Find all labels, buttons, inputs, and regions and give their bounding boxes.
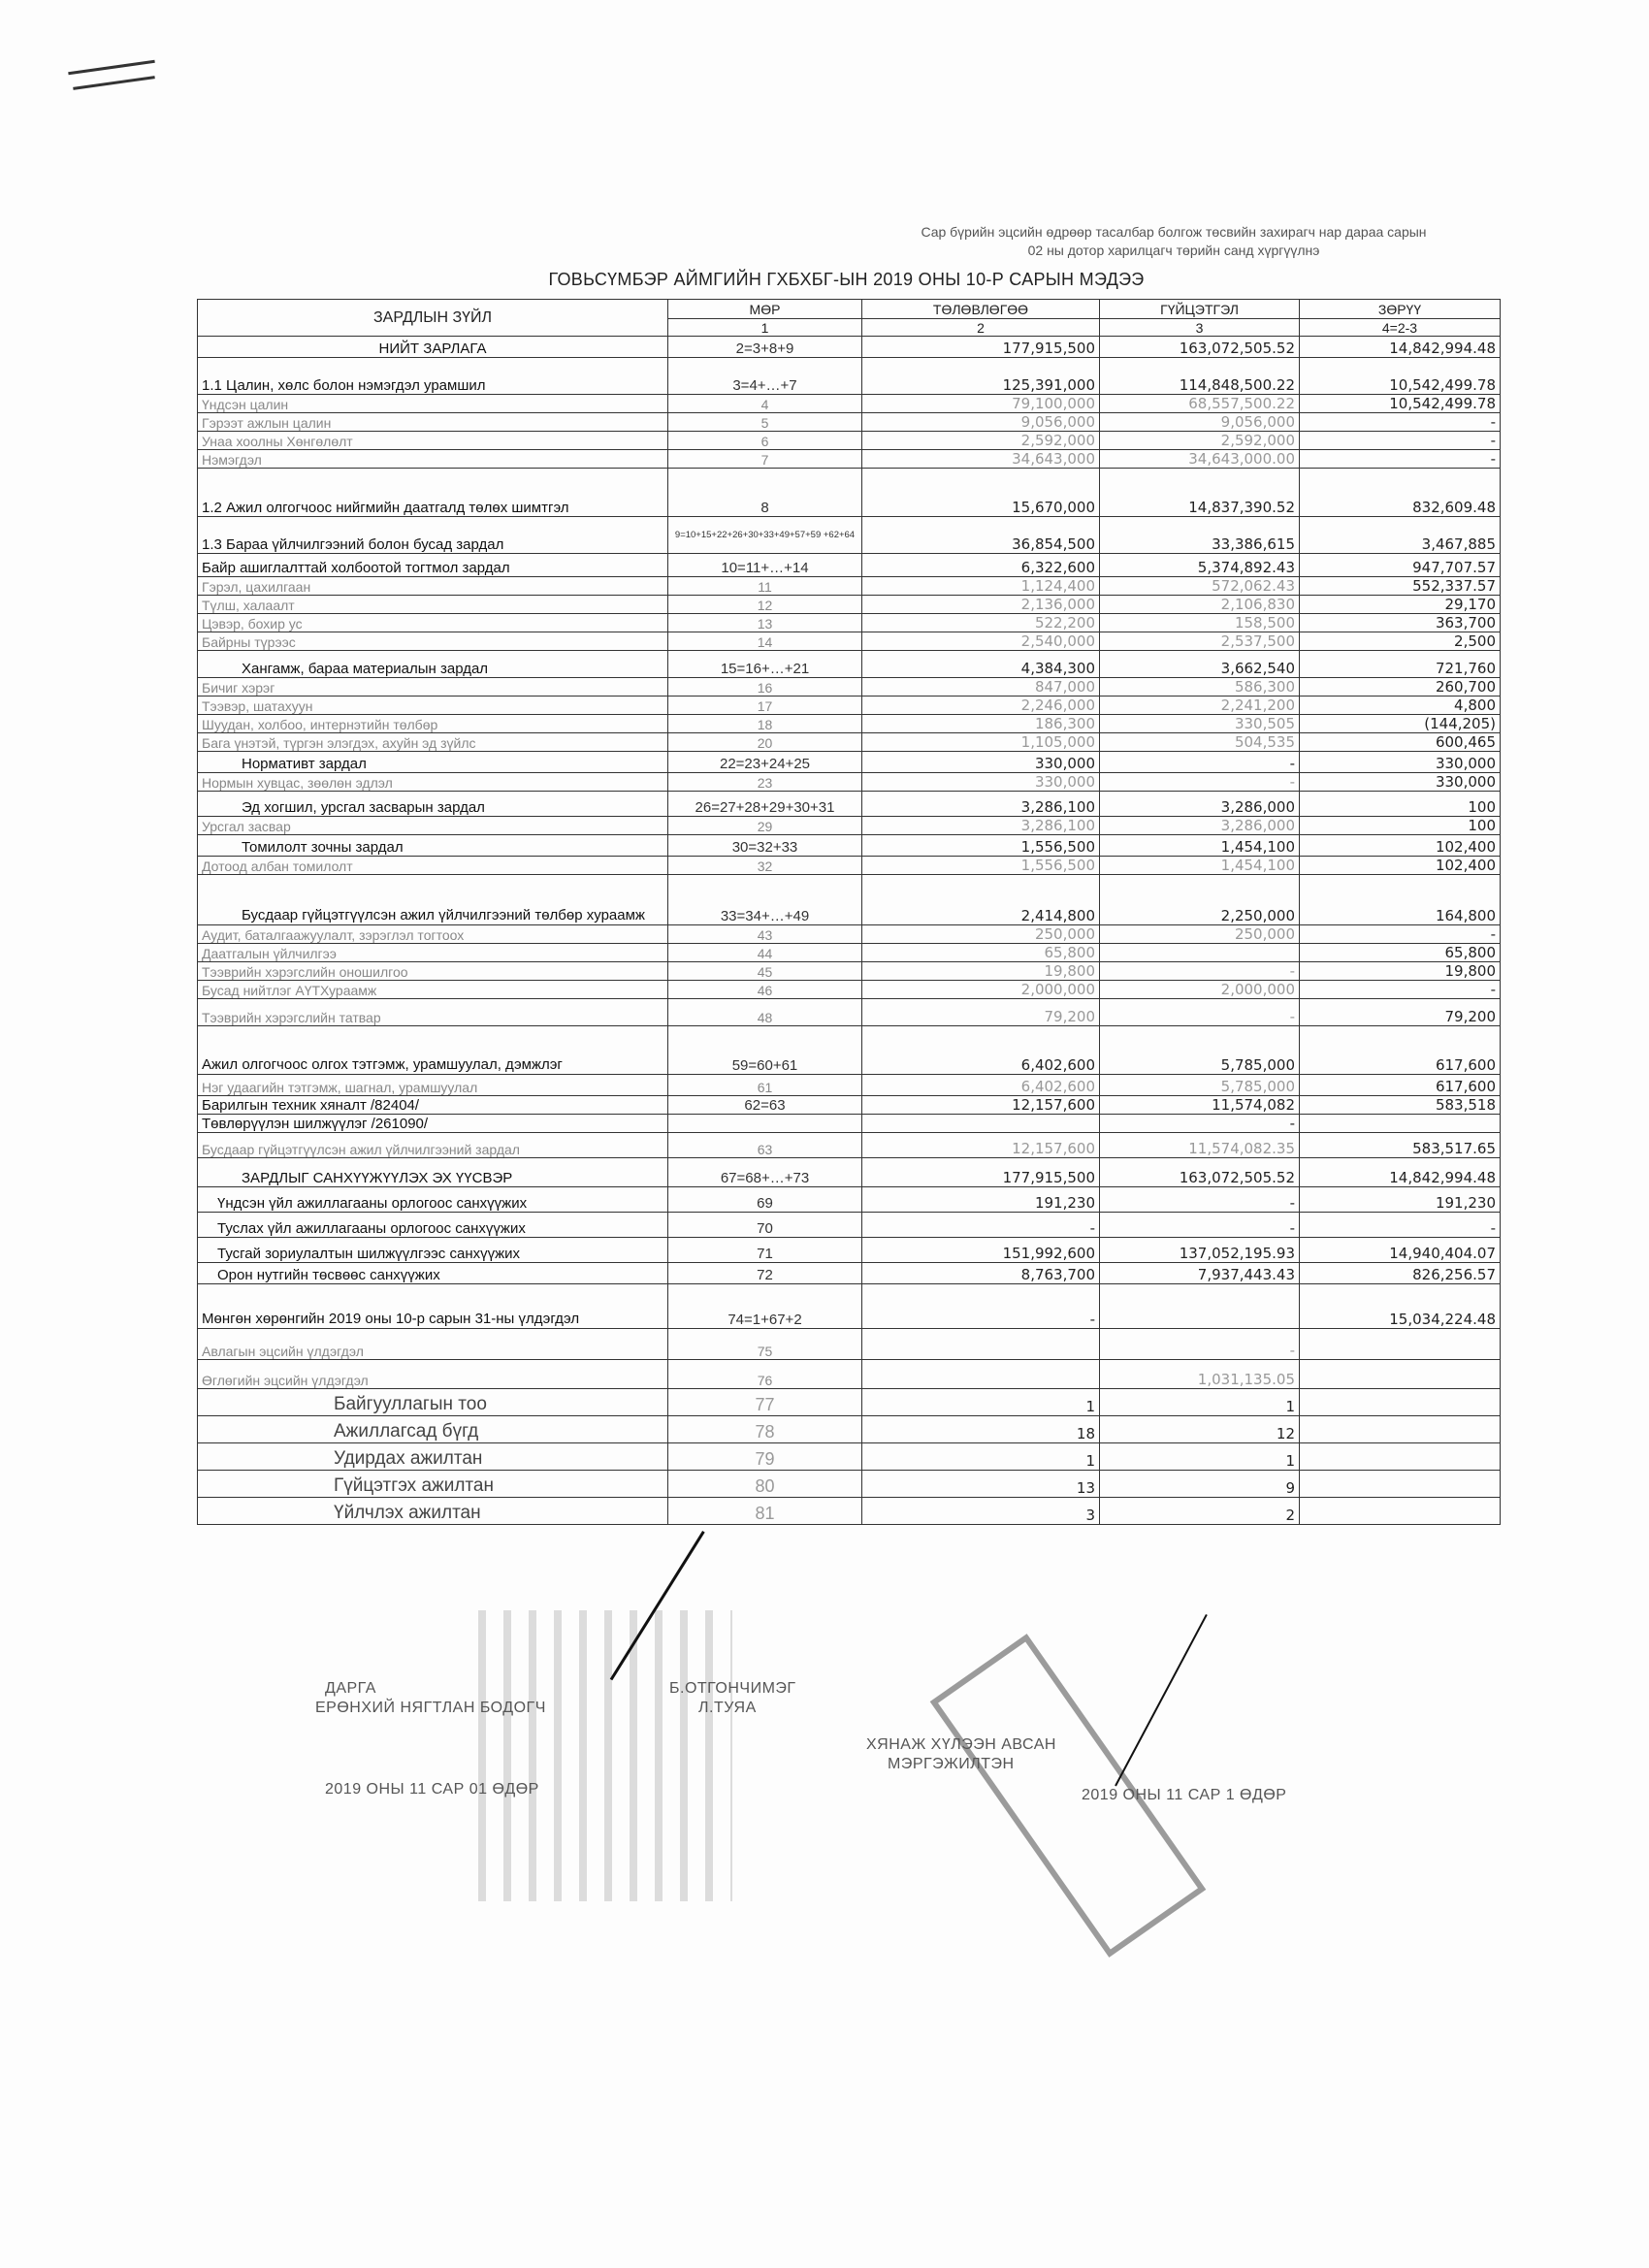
actual-value: - [1100,1329,1300,1360]
difference-value: 583,518 [1300,1096,1501,1115]
table-row: 1.2 Ажил олгогчоос нийгмийн даатгалд төл… [198,469,1501,517]
row-code: 32 [668,857,862,875]
actual-value: 14,837,390.52 [1100,469,1300,517]
actual-value: 68,557,500.22 [1100,395,1300,413]
col-header-row: МӨР [668,300,862,319]
row-code: 3=4+…+7 [668,358,862,395]
actual-value: - [1100,773,1300,792]
actual-value: 1,454,100 [1100,835,1300,857]
row-label: Эд хогшил, урсгал засварын зардал [198,792,668,817]
plan-value: 12,157,600 [862,1096,1100,1115]
plan-value: 1,556,500 [862,835,1100,857]
actual-value: - [1100,1187,1300,1213]
row-label: Бусдаар гүйцэтгүүлсэн ажил үйлчилгээний … [198,875,668,925]
table-row: Туслах үйл ажиллагааны орлогоос санхүүжи… [198,1213,1501,1238]
actual-value: 250,000 [1100,925,1300,944]
row-label: Унаа хоолны Хөнгөлөлт [198,432,668,450]
plan-value: 2,414,800 [862,875,1100,925]
actual-value: - [1100,999,1300,1026]
plan-value: 191,230 [862,1187,1100,1213]
row-code: 2=3+8+9 [668,337,862,358]
subheader-row-num: 1 [668,319,862,337]
row-code: 75 [668,1329,862,1360]
table-row: Бусдаар гүйцэтгүүлсэн ажил үйлчилгээний … [198,875,1501,925]
col-header-diff: ЗӨРҮҮ [1300,300,1501,319]
actual-value: 5,785,000 [1100,1026,1300,1075]
actual-value [1100,1284,1300,1329]
actual-value: 5,785,000 [1100,1075,1300,1096]
row-code: 63 [668,1133,862,1158]
difference-value: - [1300,413,1501,432]
row-label: Дотоод албан томилолт [198,857,668,875]
row-code: 9=10+15+22+26+30+33+49+57+59 +62+64 [668,517,862,554]
row-code: 33=34+…+49 [668,875,862,925]
row-code: 16 [668,678,862,697]
row-label: Үндсэн цалин [198,395,668,413]
actual-value: - [1100,1213,1300,1238]
row-label: Орон нутгийн төсвөөс санхүүжих [198,1263,668,1284]
actual-value: 2,592,000 [1100,432,1300,450]
row-label: НИЙТ ЗАРЛАГА [198,337,668,358]
row-label: Нэг удаагийн тэтгэмж, шагнал, урамшуулал [198,1075,668,1096]
row-code: 80 [668,1471,862,1498]
row-label: Шуудан, холбоо, интернэтийн төлбөр [198,715,668,733]
difference-value: - [1300,925,1501,944]
row-code: 74=1+67+2 [668,1284,862,1329]
plan-value: 250,000 [862,925,1100,944]
difference-value: 100 [1300,792,1501,817]
row-code: 7 [668,450,862,469]
note-line-2: 02 ны дотор харилцагч төрийн санд хүргүү… [854,242,1494,260]
table-row: Удирдах ажилтан7911 [198,1443,1501,1471]
difference-value: 600,465 [1300,733,1501,752]
table-row: Гэрэл, цахилгаан111,124,400572,062.43552… [198,577,1501,596]
table-row: Нормативт зардал22=23+24+25330,000-330,0… [198,752,1501,773]
difference-value: 3,467,885 [1300,517,1501,554]
row-label: Гүйцэтгэх ажилтан [198,1471,668,1498]
actual-value: 12 [1100,1416,1300,1443]
row-label: Урсгал засвар [198,817,668,835]
actual-value: 1,031,135.05 [1100,1360,1300,1389]
difference-value: 79,200 [1300,999,1501,1026]
row-label: 1.3 Бараа үйлчилгээний болон бусад зарда… [198,517,668,554]
actual-value: 158,500 [1100,614,1300,632]
row-label: Авлагын эцсийн үлдэгдэл [198,1329,668,1360]
difference-value: 330,000 [1300,752,1501,773]
difference-value: 15,034,224.48 [1300,1284,1501,1329]
row-code: 59=60+61 [668,1026,862,1075]
actual-value: 7,937,443.43 [1100,1263,1300,1284]
table-row: Байр ашиглалттай холбоотой тогтмол зарда… [198,554,1501,577]
row-label: Нормативт зардал [198,752,668,773]
row-code: 8 [668,469,862,517]
difference-value: 2,500 [1300,632,1501,651]
plan-value: 3 [862,1498,1100,1525]
difference-value: - [1300,450,1501,469]
difference-value [1300,1329,1501,1360]
actual-value: - [1100,752,1300,773]
plan-value: 36,854,500 [862,517,1100,554]
difference-value [1300,1360,1501,1389]
difference-value: 832,609.48 [1300,469,1501,517]
actual-value: 2 [1100,1498,1300,1525]
actual-value: 586,300 [1100,678,1300,697]
difference-value: 14,842,994.48 [1300,337,1501,358]
row-label: Тээврийн хэрэгслийн татвар [198,999,668,1026]
difference-value: - [1300,1213,1501,1238]
actual-value: 137,052,195.93 [1100,1238,1300,1263]
col-header-actual: ГҮЙЦЭТГЭЛ [1100,300,1300,319]
submission-note: Сар бүрийн эцсийн өдрөөр тасалбар болгож… [854,223,1494,260]
plan-value [862,1329,1100,1360]
plan-value: 1,124,400 [862,577,1100,596]
row-code: 76 [668,1360,862,1389]
table-row: Нэмэгдэл734,643,00034,643,000.00- [198,450,1501,469]
row-label: 1.2 Ажил олгогчоос нийгмийн даатгалд төл… [198,469,668,517]
row-label: Үндсэн үйл ажиллагааны орлогоос санхүүжи… [198,1187,668,1213]
row-code: 71 [668,1238,862,1263]
date-left: 2019 ОНЫ 11 САР 01 ӨДӨР [325,1781,539,1798]
table-row: Тээвэр, шатахуун172,246,0002,241,2004,80… [198,697,1501,715]
actual-value: 3,286,000 [1100,792,1300,817]
date-right: 2019 ОНЫ 11 САР 1 ӨДӨР [1082,1787,1286,1804]
table-row: Хангамж, бараа материалын зардал15=16+…+… [198,651,1501,678]
row-label: Барилгын техник хяналт /82404/ [198,1096,668,1115]
actual-value: 9,056,000 [1100,413,1300,432]
actual-value: 3,286,000 [1100,817,1300,835]
row-label: Нэмэгдэл [198,450,668,469]
actual-value: 163,072,505.52 [1100,337,1300,358]
row-code: 22=23+24+25 [668,752,862,773]
difference-value: 100 [1300,817,1501,835]
plan-value [862,1115,1100,1133]
plan-value: 1 [862,1389,1100,1416]
row-code: 18 [668,715,862,733]
plan-value: 4,384,300 [862,651,1100,678]
row-label: Гэрээт ажлын цалин [198,413,668,432]
header-row: ЗАРДЛЫН ЗҮЙЛ МӨР ТӨЛӨВЛӨГӨӨ ГҮЙЦЭТГЭЛ ЗӨ… [198,300,1501,319]
table-row: Дотоод албан томилолт321,556,5001,454,10… [198,857,1501,875]
difference-value: 330,000 [1300,773,1501,792]
difference-value: 19,800 [1300,962,1501,981]
plan-value: 177,915,500 [862,337,1100,358]
table-row: Томилолт зочны зардал30=32+331,556,5001,… [198,835,1501,857]
plan-value: 79,100,000 [862,395,1100,413]
difference-value: - [1300,432,1501,450]
difference-value: 826,256.57 [1300,1263,1501,1284]
row-label: Цэвэр, бохир ус [198,614,668,632]
actual-value: 9 [1100,1471,1300,1498]
difference-value: 14,842,994.48 [1300,1158,1501,1187]
subheader-actual: 3 [1100,319,1300,337]
row-code: 72 [668,1263,862,1284]
difference-value: 65,800 [1300,944,1501,962]
plan-value: 2,000,000 [862,981,1100,999]
row-code: 48 [668,999,862,1026]
row-code: 43 [668,925,862,944]
row-label: ЗАРДЛЫГ САНХҮҮЖҮҮЛЭХ ЭХ ҮҮСВЭР [198,1158,668,1187]
row-code [668,1115,862,1133]
plan-value: 3,286,100 [862,792,1100,817]
difference-value: 10,542,499.78 [1300,395,1501,413]
plan-value: 6,322,600 [862,554,1100,577]
table-row: Байгууллагын тоо7711 [198,1389,1501,1416]
table-row: Бусдаар гүйцэтгүүлсэн ажил үйлчилгээний … [198,1133,1501,1158]
row-code: 14 [668,632,862,651]
table-row: Үндсэн үйл ажиллагааны орлогоос санхүүжи… [198,1187,1501,1213]
plan-value: 186,300 [862,715,1100,733]
difference-value [1300,1115,1501,1133]
row-code: 23 [668,773,862,792]
difference-value [1300,1471,1501,1498]
table-row: Орон нутгийн төсвөөс санхүүжих728,763,70… [198,1263,1501,1284]
row-label: Бусдаар гүйцэтгүүлсэн ажил үйлчилгээний … [198,1133,668,1158]
plan-value: 522,200 [862,614,1100,632]
plan-value: 79,200 [862,999,1100,1026]
table-row: 1.3 Бараа үйлчилгээний болон бусад зарда… [198,517,1501,554]
actual-value: 5,374,892.43 [1100,554,1300,577]
plan-value: 177,915,500 [862,1158,1100,1187]
row-code: 61 [668,1075,862,1096]
difference-value: 14,940,404.07 [1300,1238,1501,1263]
row-code: 29 [668,817,862,835]
row-label: Байр ашиглалттай холбоотой тогтмол зарда… [198,554,668,577]
difference-value: 164,800 [1300,875,1501,925]
row-label: Байрны түрээс [198,632,668,651]
plan-value: 18 [862,1416,1100,1443]
reviewer-role: МЭРГЭЖИЛТЭН [888,1756,1015,1773]
row-label: Байгууллагын тоо [198,1389,668,1416]
table-row: Бичиг хэрэг16847,000586,300260,700 [198,678,1501,697]
plan-value: 19,800 [862,962,1100,981]
table-row: Тусгай зориулалтын шилжүүлгээс санхүүжих… [198,1238,1501,1263]
table-row: Тээврийн хэрэгслийн оношилгоо4519,800-19… [198,962,1501,981]
table-row: Эд хогшил, урсгал засварын зардал26=27+2… [198,792,1501,817]
actual-value: 1 [1100,1389,1300,1416]
col-header-item: ЗАРДЛЫН ЗҮЙЛ [198,300,668,337]
actual-value: 572,062.43 [1100,577,1300,596]
row-label: Тусгай зориулалтын шилжүүлгээс санхүүжих [198,1238,668,1263]
col-header-plan: ТӨЛӨВЛӨГӨӨ [862,300,1100,319]
accountant-name: Л.ТУЯА [698,1700,757,1717]
difference-value: 721,760 [1300,651,1501,678]
difference-value [1300,1389,1501,1416]
plan-value: 1 [862,1443,1100,1471]
table-row: Өглөгийн эцсийн үлдэгдэл761,031,135.05 [198,1360,1501,1389]
difference-value: 260,700 [1300,678,1501,697]
plan-value: 1,556,500 [862,857,1100,875]
row-label: Даатгалын үйлчилгээ [198,944,668,962]
table-row: Үндсэн цалин479,100,00068,557,500.2210,5… [198,395,1501,413]
row-code: 69 [668,1187,862,1213]
actual-value: - [1100,1115,1300,1133]
actual-value: 114,848,500.22 [1100,358,1300,395]
actual-value: 163,072,505.52 [1100,1158,1300,1187]
difference-value [1300,1443,1501,1471]
subheader-plan: 2 [862,319,1100,337]
table-row: Шуудан, холбоо, интернэтийн төлбөр18186,… [198,715,1501,733]
table-row: Авлагын эцсийн үлдэгдэл75- [198,1329,1501,1360]
plan-value: 6,402,600 [862,1075,1100,1096]
row-code: 6 [668,432,862,450]
row-label: Аудит, баталгаажуулалт, зэрэглэл тогтоох [198,925,668,944]
row-label: Мөнгөн хөрөнгийн 2019 оны 10-р сарын 31-… [198,1284,668,1329]
actual-value: 504,535 [1100,733,1300,752]
actual-value: 1 [1100,1443,1300,1471]
row-label: Түлш, халаалт [198,596,668,614]
table-row: ЗАРДЛЫГ САНХҮҮЖҮҮЛЭХ ЭХ ҮҮСВЭР67=68+…+73… [198,1158,1501,1187]
table-row: Барилгын техник хяналт /82404/62=6312,15… [198,1096,1501,1115]
row-code: 26=27+28+29+30+31 [668,792,862,817]
scan-mark [68,60,160,99]
difference-value: - [1300,981,1501,999]
row-label: Төвлөрүүлэн шилжүүлэг /261090/ [198,1115,668,1133]
table-row: Ажил олгогчоос олгох тэтгэмж, урамшуулал… [198,1026,1501,1075]
difference-value: 102,400 [1300,857,1501,875]
row-code: 15=16+…+21 [668,651,862,678]
plan-value: 2,246,000 [862,697,1100,715]
plan-value: - [862,1213,1100,1238]
plan-value: 12,157,600 [862,1133,1100,1158]
difference-value: 552,337.57 [1300,577,1501,596]
plan-value: 847,000 [862,678,1100,697]
row-label: Бичиг хэрэг [198,678,668,697]
table-row: Урсгал засвар293,286,1003,286,000100 [198,817,1501,835]
note-line-1: Сар бүрийн эцсийн өдрөөр тасалбар болгож… [854,223,1494,242]
row-code: 70 [668,1213,862,1238]
plan-value: - [862,1284,1100,1329]
director-name: Б.ОТГОНЧИМЭГ [669,1680,796,1698]
table-row: Цэвэр, бохир ус13522,200158,500363,700 [198,614,1501,632]
plan-value: 34,643,000 [862,450,1100,469]
row-code: 78 [668,1416,862,1443]
report-title: ГОВЬСҮМБЭР АЙМГИЙН ГХБХБГ-ЫН 2019 ОНЫ 10… [194,270,1499,290]
row-code: 79 [668,1443,862,1471]
row-code: 44 [668,944,862,962]
table-row: 1.1 Цалин, хөлс болон нэмэгдэл урамшил3=… [198,358,1501,395]
table-row: Нэг удаагийн тэтгэмж, шагнал, урамшуулал… [198,1075,1501,1096]
row-code: 17 [668,697,862,715]
difference-value: 947,707.57 [1300,554,1501,577]
plan-value: 2,540,000 [862,632,1100,651]
plan-value: 8,763,700 [862,1263,1100,1284]
subheader-diff: 4=2-3 [1300,319,1501,337]
table-row: Төвлөрүүлэн шилжүүлэг /261090/- [198,1115,1501,1133]
table-row: НИЙТ ЗАРЛАГА2=3+8+9177,915,500163,072,50… [198,337,1501,358]
actual-value: 3,662,540 [1100,651,1300,678]
row-label: 1.1 Цалин, хөлс болон нэмэгдэл урамшил [198,358,668,395]
row-code: 11 [668,577,862,596]
row-label: Томилолт зочны зардал [198,835,668,857]
row-label: Өглөгийн эцсийн үлдэгдэл [198,1360,668,1389]
actual-value: 2,106,830 [1100,596,1300,614]
plan-value: 15,670,000 [862,469,1100,517]
difference-value: 191,230 [1300,1187,1501,1213]
actual-value: 2,250,000 [1100,875,1300,925]
row-code: 20 [668,733,862,752]
actual-value [1100,944,1300,962]
plan-value: 13 [862,1471,1100,1498]
signature-stroke [1115,1614,1208,1787]
plan-value: 9,056,000 [862,413,1100,432]
row-label: Ажиллагсад бүгд [198,1416,668,1443]
row-label: Нормын хувцас, зөөлөн эдлэл [198,773,668,792]
table-row: Бусад нийтлэг АҮТХураамж462,000,0002,000… [198,981,1501,999]
plan-value: 65,800 [862,944,1100,962]
row-label: Гэрэл, цахилгаан [198,577,668,596]
table-row: Даатгалын үйлчилгээ4465,80065,800 [198,944,1501,962]
row-label: Үйлчлэх ажилтан [198,1498,668,1525]
row-label: Бага үнэтэй, түргэн элэгдэх, ахуйн эд зү… [198,733,668,752]
plan-value [862,1360,1100,1389]
difference-value: 617,600 [1300,1026,1501,1075]
row-label: Тээвэр, шатахуун [198,697,668,715]
row-code: 4 [668,395,862,413]
table-row: Гэрээт ажлын цалин59,056,0009,056,000- [198,413,1501,432]
plan-value: 1,105,000 [862,733,1100,752]
actual-value: 2,000,000 [1100,981,1300,999]
plan-value: 125,391,000 [862,358,1100,395]
row-label: Хангамж, бараа материалын зардал [198,651,668,678]
accountant-title: ЕРӨНХИЙ НЯГТЛАН БОДОГЧ [315,1700,546,1717]
actual-value: 11,574,082 [1100,1096,1300,1115]
row-code: 62=63 [668,1096,862,1115]
row-code: 30=32+33 [668,835,862,857]
table-row: Түлш, халаалт122,136,0002,106,83029,170 [198,596,1501,614]
actual-value: 330,505 [1100,715,1300,733]
difference-value: (144,205) [1300,715,1501,733]
actual-value: - [1100,962,1300,981]
difference-value: 10,542,499.78 [1300,358,1501,395]
director-title: ДАРГА [325,1680,376,1698]
row-code: 46 [668,981,862,999]
row-label: Туслах үйл ажиллагааны орлогоос санхүүжи… [198,1213,668,1238]
plan-value: 330,000 [862,752,1100,773]
official-stamp-left [461,1610,732,1901]
row-label: Тээврийн хэрэгслийн оношилгоо [198,962,668,981]
row-label: Удирдах ажилтан [198,1443,668,1471]
expense-report-table: ЗАРДЛЫН ЗҮЙЛ МӨР ТӨЛӨВЛӨГӨӨ ГҮЙЦЭТГЭЛ ЗӨ… [197,299,1501,1525]
row-code: 10=11+…+14 [668,554,862,577]
actual-value: 33,386,615 [1100,517,1300,554]
difference-value: 617,600 [1300,1075,1501,1096]
plan-value: 3,286,100 [862,817,1100,835]
row-label: Бусад нийтлэг АҮТХураамж [198,981,668,999]
actual-value: 34,643,000.00 [1100,450,1300,469]
difference-value: 102,400 [1300,835,1501,857]
difference-value [1300,1416,1501,1443]
row-label: Ажил олгогчоос олгох тэтгэмж, урамшуулал… [198,1026,668,1075]
plan-value: 151,992,600 [862,1238,1100,1263]
actual-value: 2,537,500 [1100,632,1300,651]
actual-value: 1,454,100 [1100,857,1300,875]
row-code: 77 [668,1389,862,1416]
row-code: 12 [668,596,862,614]
table-row: Тээврийн хэрэгслийн татвар4879,200-79,20… [198,999,1501,1026]
table-row: Мөнгөн хөрөнгийн 2019 оны 10-р сарын 31-… [198,1284,1501,1329]
plan-value: 6,402,600 [862,1026,1100,1075]
table-row: Бага үнэтэй, түргэн элэгдэх, ахуйн эд зү… [198,733,1501,752]
difference-value: 29,170 [1300,596,1501,614]
plan-value: 330,000 [862,773,1100,792]
difference-value [1300,1498,1501,1525]
table-row: Аудит, баталгаажуулалт, зэрэглэл тогтоох… [198,925,1501,944]
table-row: Унаа хоолны Хөнгөлөлт62,592,0002,592,000… [198,432,1501,450]
difference-value: 4,800 [1300,697,1501,715]
row-code: 13 [668,614,862,632]
difference-value: 583,517.65 [1300,1133,1501,1158]
actual-value: 2,241,200 [1100,697,1300,715]
